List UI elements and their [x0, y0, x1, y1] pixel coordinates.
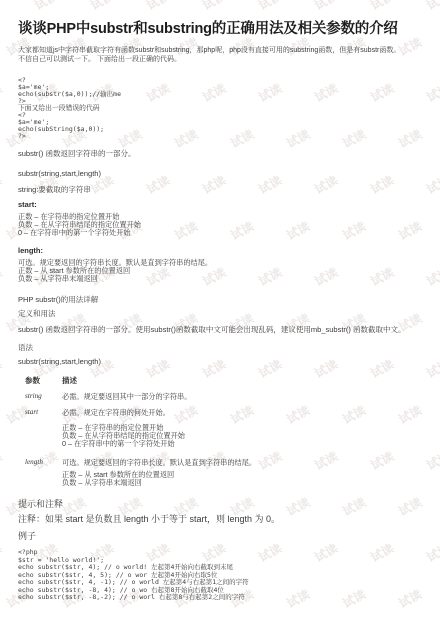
note-text: 注释：如果 start 是负数且 length 小于等于 start，则 len… [18, 514, 426, 524]
detail-line: 0 – 在字符串中的第一个字符处开始 [62, 440, 426, 448]
param-desc-cell: 必需。规定在字符串的何处开始。 正数 – 在字符串的指定位置开始 负数 – 在从… [62, 408, 426, 448]
detail-line: 0 – 在字符串中的第一个字符处开始 [18, 229, 426, 237]
example-label: 例子 [18, 531, 426, 541]
code-line: echo(substr($a,0));//输出me [18, 91, 426, 98]
definition-label: 定义和用法 [18, 309, 426, 318]
intro-line: 不信自己可以测试一下。 下面给出一段正确的代码。 [18, 55, 426, 64]
length-param-label: length: [18, 246, 426, 255]
param-desc: 必需。规定在字符串的何处开始。 [62, 408, 426, 417]
table-row: string 必需。规定要返回其中一部分的字符串。 [25, 392, 426, 401]
code-line: echo(subString($a,0)); [18, 126, 426, 133]
table-header-desc: 描述 [62, 376, 426, 385]
document-preview-page: 试读试读试读试读试读试读试读试读试读试读试读试读试读试读试读试读试读试读试读试读… [0, 0, 440, 620]
param-name: length [25, 458, 62, 487]
wrong-code-intro: 下面又给出一段错误的代码 [18, 105, 426, 112]
syntax-line-2: substr(string,start,length) [18, 357, 426, 366]
table-header-param: 参数 [25, 376, 62, 385]
substr-description: substr() 函数返回字符串的一部分。 [18, 149, 426, 158]
param-desc-cell: 可选。规定要返回的字符串长度。默认是直到字符串的结尾。 正数 – 从 start… [62, 458, 426, 487]
string-param-description: string:要截取的字符串 [18, 185, 426, 194]
param-desc: 可选。规定要返回的字符串长度。默认是直到字符串的结尾。 [62, 458, 426, 467]
syntax-label: 语法 [18, 343, 426, 352]
param-table: 参数 描述 string 必需。规定要返回其中一部分的字符串。 start 必需… [25, 376, 426, 487]
code-line: ?> [18, 133, 426, 140]
page-title: 谈谈PHP中substr和substring的正确用法及相关参数的介绍 [18, 20, 426, 38]
table-row: length 可选。规定要返回的字符串长度。默认是直到字符串的结尾。 正数 – … [25, 458, 426, 487]
example-code-block: <?php $str = 'hello world!'; echo substr… [18, 549, 426, 602]
detail-line: 负数 – 从字符串末端返回 [18, 275, 426, 283]
code-block-wrong: <? $a='me'; echo(subString($a,0)); ?> [18, 112, 426, 140]
code-line: ?> [18, 98, 426, 105]
param-name: string [25, 392, 62, 401]
length-param-details: 可选。规定要返回的字符串长度。默认是直到字符串的结尾。 正数 – 从 start… [18, 259, 426, 283]
start-param-details: 正数 – 在字符串的指定位置开始 负数 – 在从字符串结尾的指定位置开始 0 –… [18, 213, 426, 237]
article-content: 谈谈PHP中substr和substring的正确用法及相关参数的介绍 大家都知… [0, 0, 440, 620]
code-block-correct: <? $a='me'; echo(substr($a,0));//输出me ?> [18, 77, 426, 105]
param-desc: 必需。规定要返回其中一部分的字符串。 [62, 392, 426, 401]
start-param-label: start: [18, 200, 426, 209]
tips-section-label: 提示和注释 [18, 499, 426, 509]
usage-section-title: PHP substr()的用法详解 [18, 295, 426, 304]
param-name: start [25, 408, 62, 448]
param-detail-list: 正数 – 从 start 参数所在的位置返回 负数 – 从字符串末端返回 [62, 471, 426, 487]
intro-paragraph: 大家都知道js中字符串截取字符有函数substr和substring，那php呢… [18, 46, 426, 64]
code-line: echo substr($str, -8,-2); // o worl 右起第8… [18, 594, 426, 602]
code-line: <? [18, 77, 426, 84]
table-row: start 必需。规定在字符串的何处开始。 正数 – 在字符串的指定位置开始 负… [25, 408, 426, 448]
code-line: <? [18, 112, 426, 119]
definition-text: substr() 函数返回字符串的一部分。使用substr()函数截取中文可能会… [18, 325, 426, 334]
detail-line: 负数 – 从字符串末端返回 [62, 479, 426, 487]
intro-line: 大家都知道js中字符串截取字符有函数substr和substring，那php呢… [18, 46, 426, 55]
param-detail-list: 正数 – 在字符串的指定位置开始 负数 – 在从字符串结尾的指定位置开始 0 –… [62, 424, 426, 448]
syntax-line: substr(string,start,length) [18, 169, 426, 178]
table-header-row: 参数 描述 [25, 376, 426, 385]
